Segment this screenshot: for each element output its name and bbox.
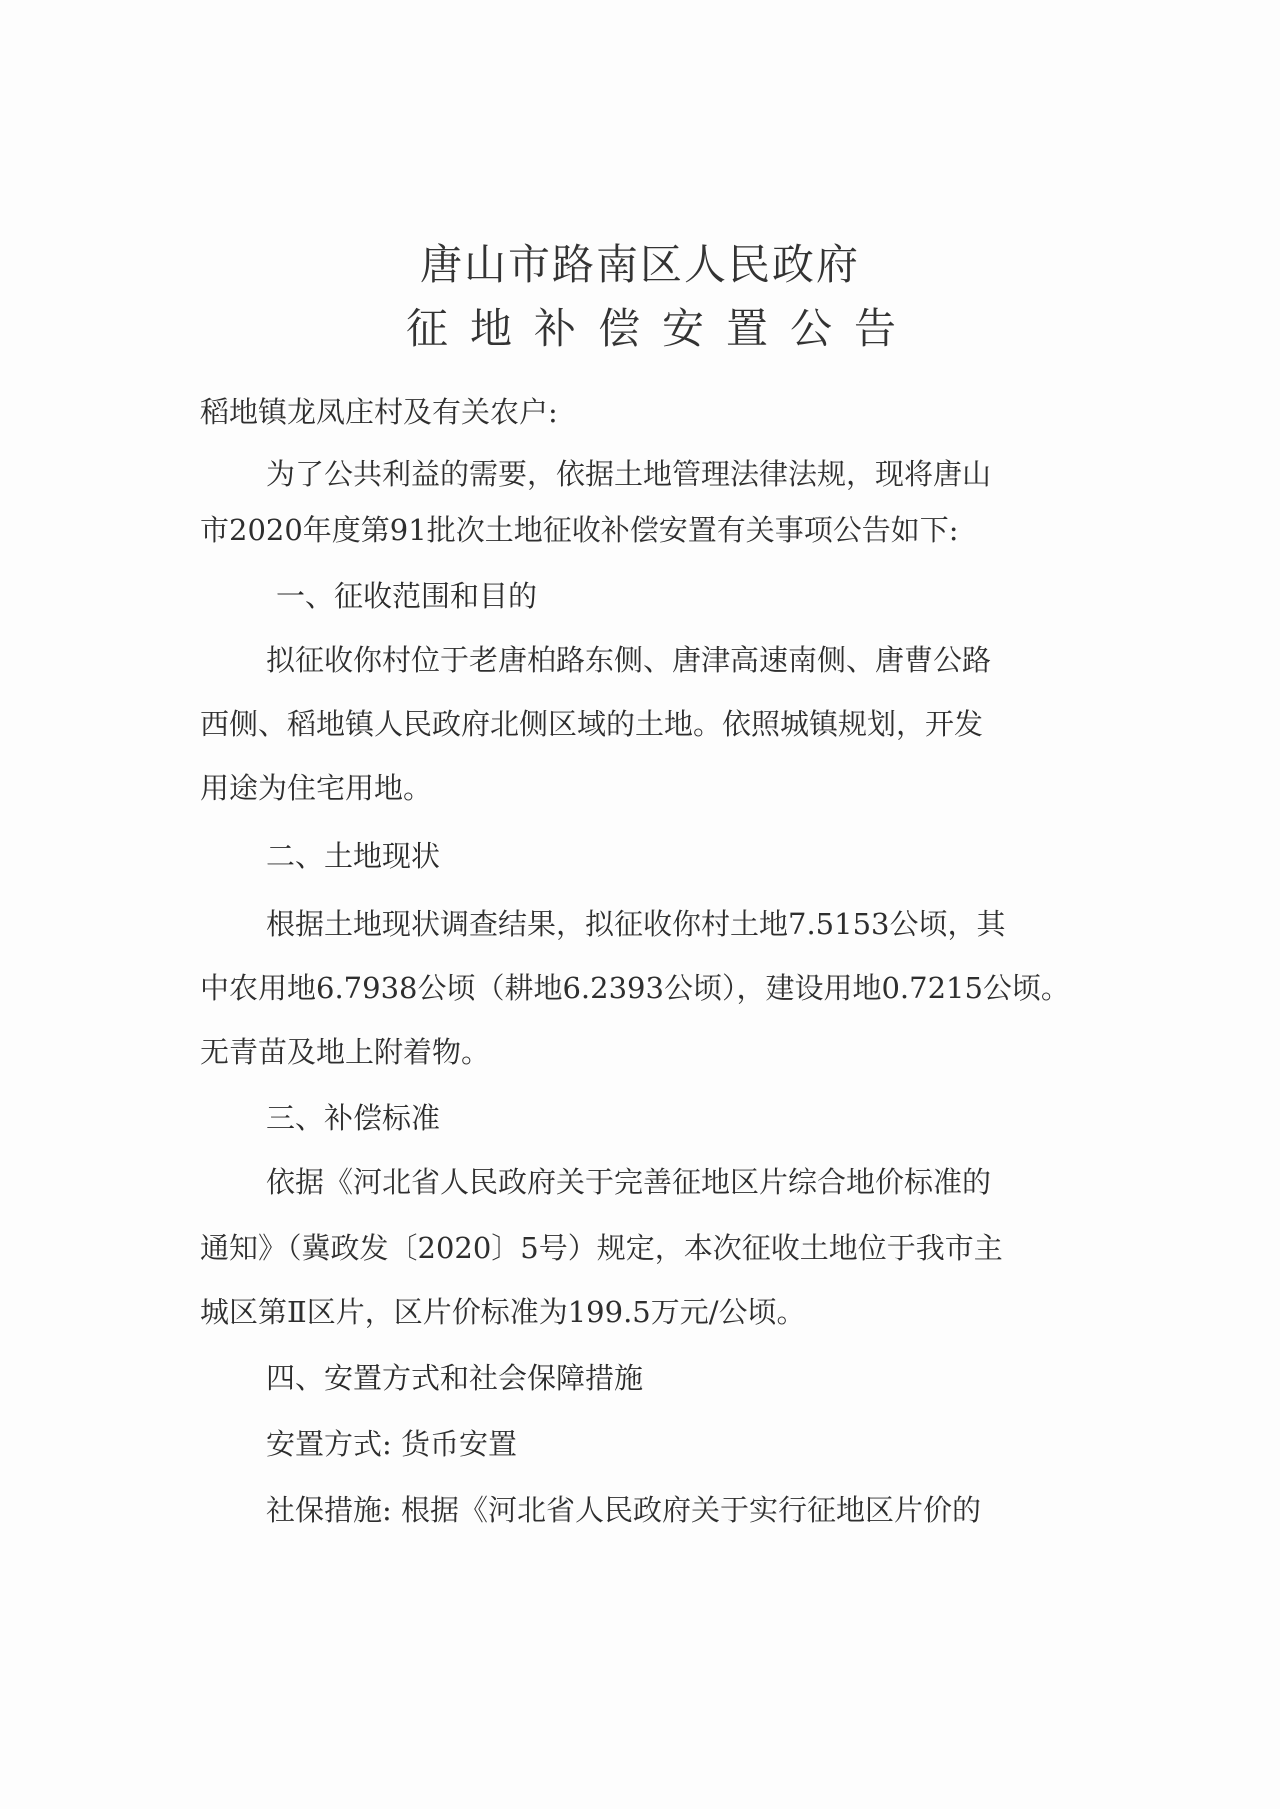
section-1-line-2: 西侧、稻地镇人民政府北侧区域的土地。依照城镇规划，开发 <box>200 704 1100 744</box>
section-4-heading: 四、安置方式和社会保障措施 <box>266 1358 1166 1398</box>
intro-line-2: 市2020年度第91批次土地征收补偿安置有关事项公告如下: <box>200 510 1100 550</box>
salutation: 稻地镇龙凤庄村及有关农户: <box>200 392 1100 432</box>
intro-line-1: 为了公共利益的需要，依据土地管理法律法规，现将唐山 <box>266 454 1166 494</box>
document-title-subject: 征地补偿安置公告 <box>0 296 1280 356</box>
section-2-heading: 二、土地现状 <box>266 836 1166 876</box>
section-2-line-2: 中农用地6.7938公顷（耕地6.2393公顷），建设用地0.7215公顷。 <box>200 968 1100 1008</box>
section-2-line-1: 根据土地现状调查结果，拟征收你村土地7.5153公顷，其 <box>266 904 1166 944</box>
section-4-line-2: 社保措施: 根据《河北省人民政府关于实行征地区片价的 <box>266 1490 1166 1530</box>
section-1-heading: 一、征收范围和目的 <box>276 576 1176 616</box>
section-3-line-1: 依据《河北省人民政府关于完善征地区片综合地价标准的 <box>266 1162 1166 1202</box>
section-3-heading: 三、补偿标准 <box>266 1098 1166 1138</box>
section-3-line-3: 城区第Ⅱ区片，区片价标准为199.5万元/公顷。 <box>200 1292 1100 1332</box>
section-1-line-1: 拟征收你村位于老唐柏路东侧、唐津高速南侧、唐曹公路 <box>266 640 1166 680</box>
section-4-line-1: 安置方式: 货币安置 <box>266 1424 1166 1464</box>
section-3-line-2: 通知》（冀政发〔2020〕5号）规定，本次征收土地位于我市主 <box>200 1228 1100 1268</box>
section-1-line-3: 用途为住宅用地。 <box>200 768 1100 808</box>
section-2-line-3: 无青苗及地上附着物。 <box>200 1032 1100 1072</box>
document-page: 唐山市路南区人民政府 征地补偿安置公告 稻地镇龙凤庄村及有关农户: 为了公共利益… <box>0 0 1280 1809</box>
document-title-issuer: 唐山市路南区人民政府 <box>0 232 1280 292</box>
